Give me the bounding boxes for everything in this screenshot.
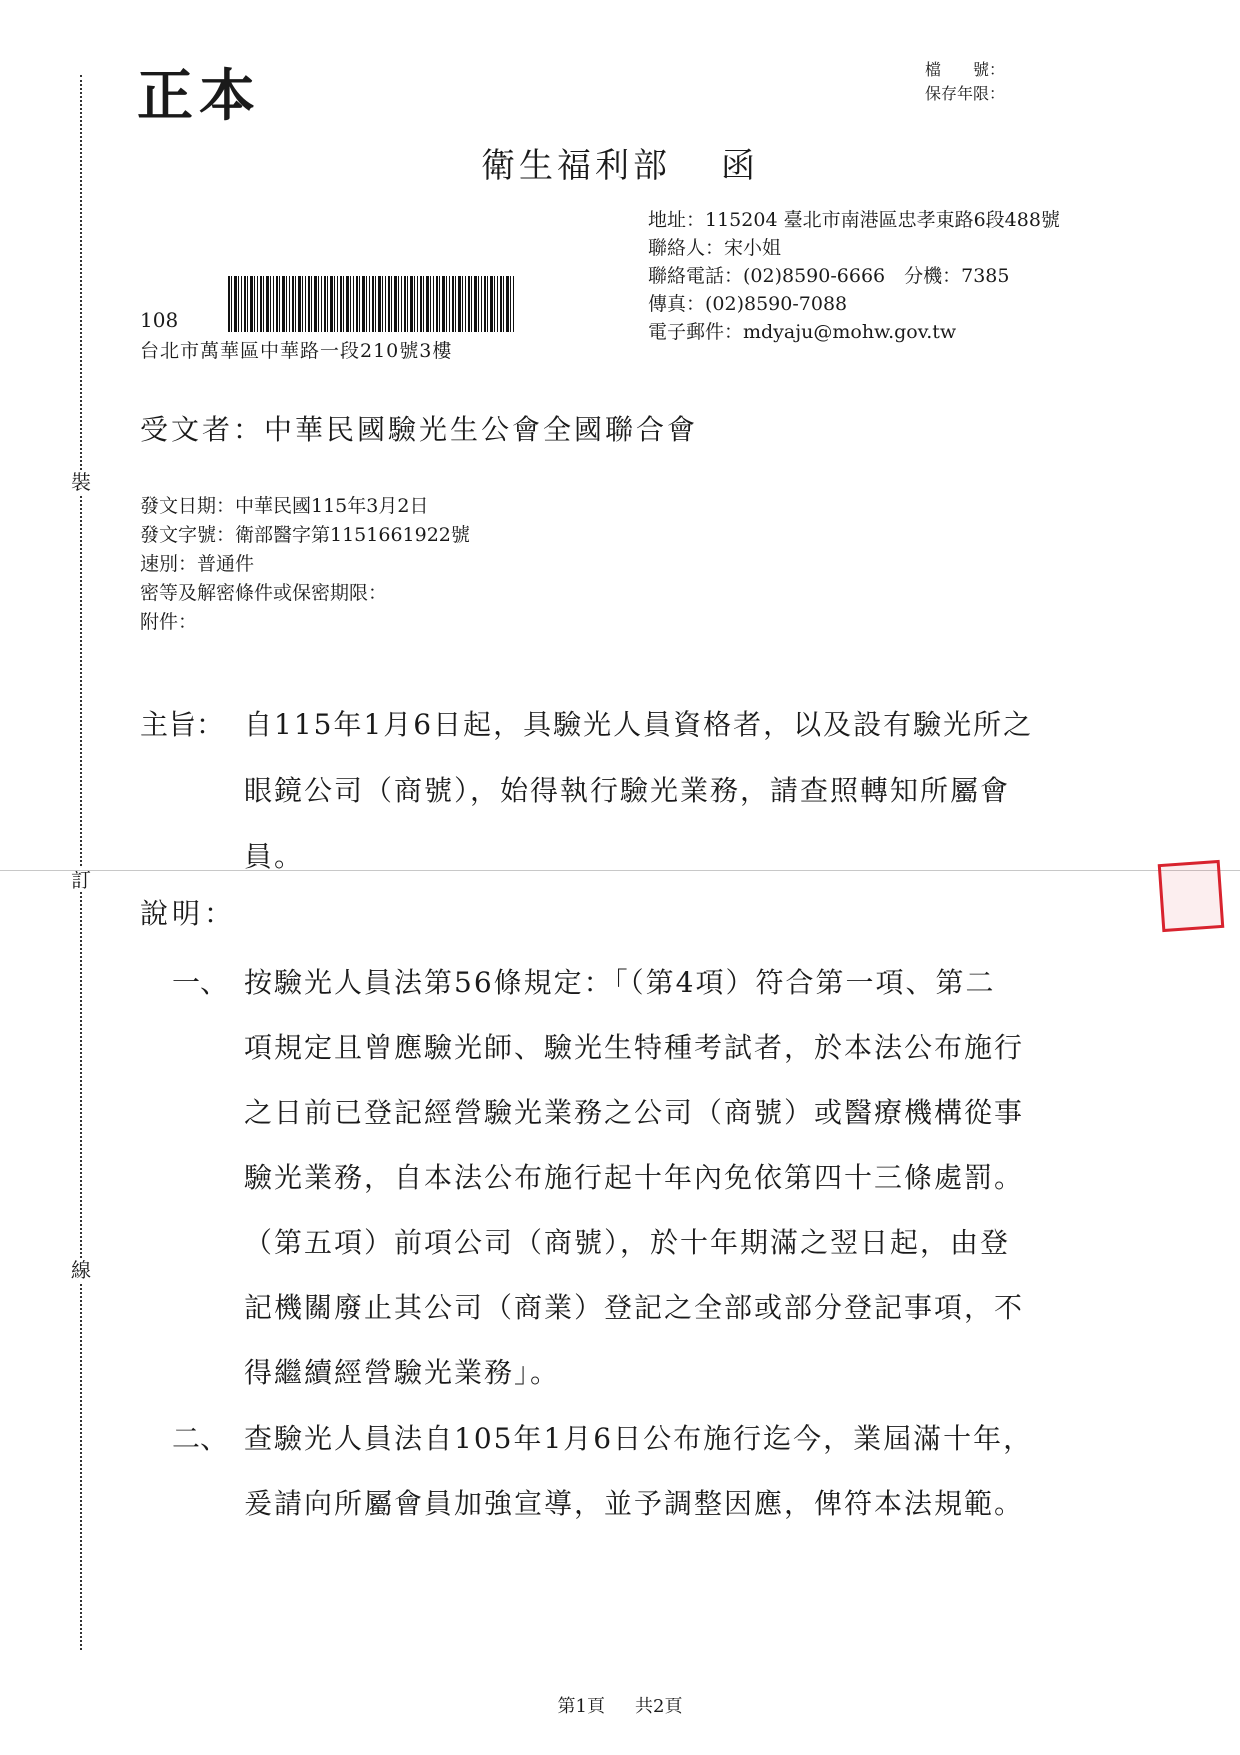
item-line: （第五項）前項公司（商號），於十年期滿之翌日起，由登 xyxy=(172,1210,1132,1275)
archive-info: 檔 號： 保存年限： xyxy=(925,58,1005,106)
item-line: 驗光業務，自本法公布施行起十年內免依第四十三條處罰。 xyxy=(172,1145,1132,1210)
page-number: 第1頁 xyxy=(558,1696,605,1717)
file-number-label: 檔 號： xyxy=(925,58,1005,82)
sender-contact: 聯絡人：宋小姐 xyxy=(648,234,1060,262)
item-line: 記機關廢止其公司（商業）登記之全部或部分登記事項，不 xyxy=(172,1275,1132,1340)
doc-type: 函 xyxy=(721,146,759,186)
item-line: 查驗光人員法自105年1月6日公布施行迄今，業屆滿十年， xyxy=(172,1406,1132,1471)
barcode xyxy=(228,276,516,332)
binding-mark-xian: 線 xyxy=(70,1258,92,1282)
recipient: 受文者：中華民國驗光生公會全國聯合會 xyxy=(140,408,698,448)
original-copy-mark: 正本 xyxy=(137,52,261,132)
sender-info: 地址：115204 臺北市南港區忠孝東路6段488號 聯絡人：宋小姐 聯絡電話：… xyxy=(648,206,1060,346)
sender-email: 電子郵件：mdyaju@mohw.gov.tw xyxy=(648,318,1060,346)
page-total: 共2頁 xyxy=(635,1696,682,1717)
explanation-item-2: 二、 查驗光人員法自105年1月6日公布施行迄今，業屆滿十年， 爰請向所屬會員加… xyxy=(172,1406,1132,1536)
sender-phone: 聯絡電話：(02)8590-6666 分機：7385 xyxy=(648,262,1060,290)
item-line: 爰請向所屬會員加強宣導，並予調整因應，俾符本法規範。 xyxy=(172,1471,1132,1536)
item-line: 項規定且曾應驗光師、驗光生特種考試者，於本法公布施行 xyxy=(172,1015,1132,1080)
delivery-speed: 速別：普通件 xyxy=(140,550,470,579)
subject-section: 主旨： 自115年1月6日起，具驗光人員資格者，以及設有驗光所之 眼鏡公司（商號… xyxy=(140,692,1120,890)
recipient-address: 台北市萬華區中華路一段210號3樓 xyxy=(140,336,452,363)
binding-mark-ding: 訂 xyxy=(70,868,92,892)
explanation-item-1: 一、 按驗光人員法第56條規定：「（第4項）符合第一項、第二 項規定且曾應驗光師… xyxy=(172,950,1132,1405)
explanation-items: 一、 按驗光人員法第56條規定：「（第4項）符合第一項、第二 項規定且曾應驗光師… xyxy=(172,950,1132,1536)
item-number: 一、 xyxy=(172,950,228,1015)
subject-label: 主旨： xyxy=(140,692,224,758)
page-footer: 第1頁共2頁 xyxy=(0,1692,1240,1718)
agency-name: 衛生福利部 xyxy=(481,146,671,186)
subject-line: 員。 xyxy=(244,824,1120,890)
issue-date: 發文日期：中華民國115年3月2日 xyxy=(140,492,470,521)
attachments: 附件： xyxy=(140,608,470,637)
seal-stamp xyxy=(1158,860,1225,932)
document-title: 衛生福利部函 xyxy=(0,138,1240,187)
explanation-label: 說明： xyxy=(140,892,236,932)
sender-fax: 傳真：(02)8590-7088 xyxy=(648,290,1060,318)
retention-label: 保存年限： xyxy=(925,82,1005,106)
document-meta: 發文日期：中華民國115年3月2日 發文字號：衛部醫字第1151661922號 … xyxy=(140,492,470,637)
subject-line: 自115年1月6日起，具驗光人員資格者，以及設有驗光所之 xyxy=(244,692,1120,758)
binding-mark-zhuang: 裝 xyxy=(70,470,92,494)
item-line: 之日前已登記經營驗光業務之公司（商號）或醫療機構從事 xyxy=(172,1080,1132,1145)
document-number: 發文字號：衛部醫字第1151661922號 xyxy=(140,521,470,550)
subject-line: 眼鏡公司（商號），始得執行驗光業務，請查照轉知所屬會 xyxy=(244,758,1120,824)
recipient-zip: 108 xyxy=(140,308,178,332)
item-number: 二、 xyxy=(172,1406,228,1471)
item-line: 得繼續經營驗光業務」。 xyxy=(172,1340,1132,1405)
item-line: 按驗光人員法第56條規定：「（第4項）符合第一項、第二 xyxy=(172,950,1132,1015)
binding-line xyxy=(80,75,82,1650)
secrecy-level: 密等及解密條件或保密期限： xyxy=(140,579,470,608)
sender-address: 地址：115204 臺北市南港區忠孝東路6段488號 xyxy=(648,206,1060,234)
